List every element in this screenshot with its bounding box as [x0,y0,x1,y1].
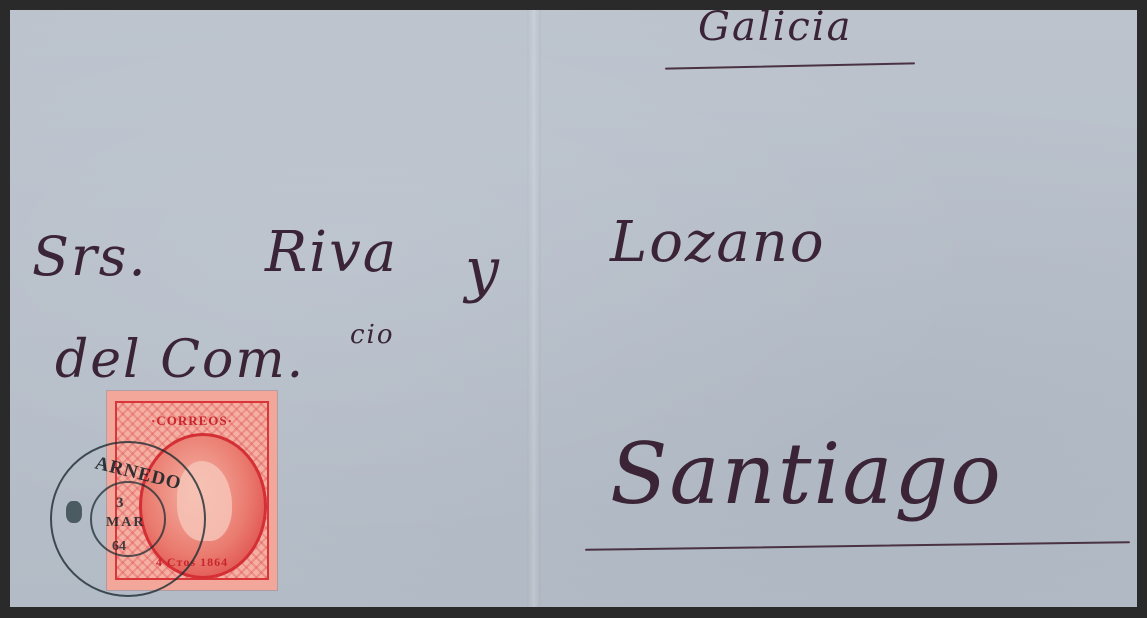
postmark-month: MAR [106,515,145,531]
region-text: Galicia [698,4,852,50]
postmark-cancel: ARNEDO 3 MAR 64 [50,441,206,597]
paper-fold [527,10,541,607]
conjunction-text: y [465,235,501,305]
region-underline [665,62,915,69]
company-superscript: cio [350,320,395,350]
addressee-name-b: Lozano [610,210,826,275]
company-line: del Com. [55,330,305,390]
addressee-name-a: Riva [265,220,398,285]
postmark-ornament-icon [66,501,82,523]
city-text: Santiago [610,425,1003,523]
salutation-text: Srs. [32,225,148,288]
city-underline [585,541,1130,551]
postmark-year: 64 [112,539,126,555]
stamp-top-text: ·CORREOS· [117,413,267,429]
postmark-day: 3 [116,495,124,512]
